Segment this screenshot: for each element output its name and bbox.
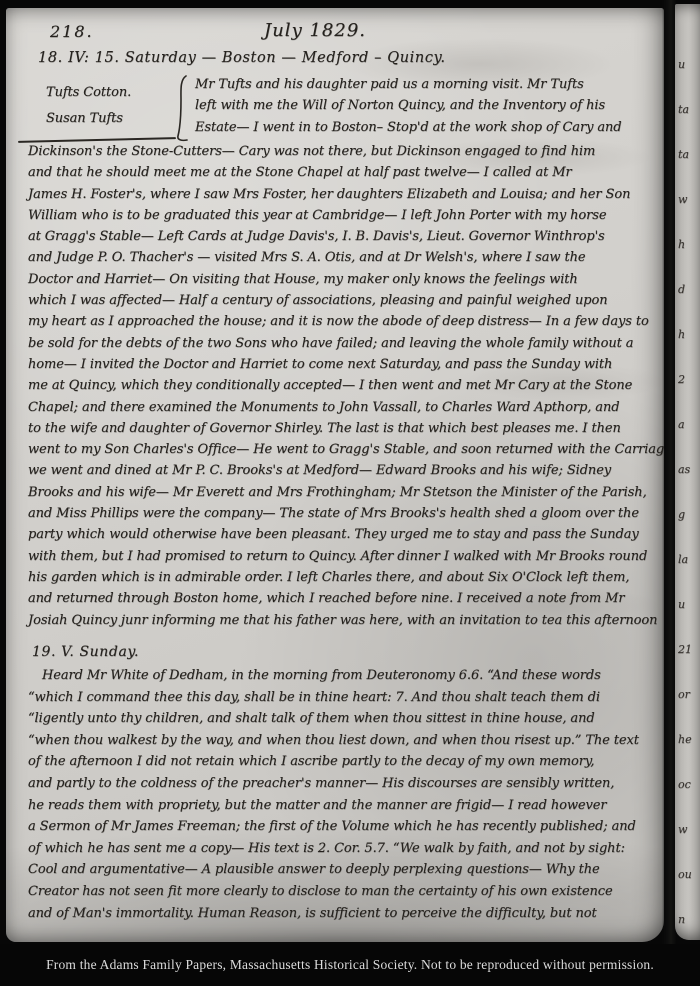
entry-19-body: Heard Mr White of Dedham, in the morning…: [28, 665, 662, 924]
brace-mark: [174, 74, 190, 148]
entry-18-opening-lines: Mr Tufts and his daughter paid us a morn…: [195, 74, 622, 138]
adjacent-page-text-fragments: utatawhdh2aasglau21orheocwoun: [675, 4, 700, 940]
entry-18-date-line: 18. IV: 15. Saturday — Boston — Medford …: [38, 50, 446, 66]
entry-18-body: Dickinson's the Stone-Cutters— Cary was …: [28, 141, 662, 631]
margin-notes: Tufts Cotton.Susan Tufts: [46, 80, 131, 132]
month-heading: July 1829.: [6, 20, 624, 41]
binding-gutter-shadow: [662, 0, 676, 946]
entry-19-date-line: 19. V. Sunday.: [32, 644, 139, 660]
manuscript-scan: 218. July 1829. 18. IV: 15. Saturday — B…: [0, 0, 700, 986]
credit-line: From the Adams Family Papers, Massachuse…: [0, 957, 700, 973]
adjacent-page-edge: utatawhdh2aasglau21orheocwoun: [675, 4, 700, 940]
manuscript-paper: 218. July 1829. 18. IV: 15. Saturday — B…: [6, 8, 664, 942]
caption-band: From the Adams Family Papers, Massachuse…: [0, 944, 700, 986]
